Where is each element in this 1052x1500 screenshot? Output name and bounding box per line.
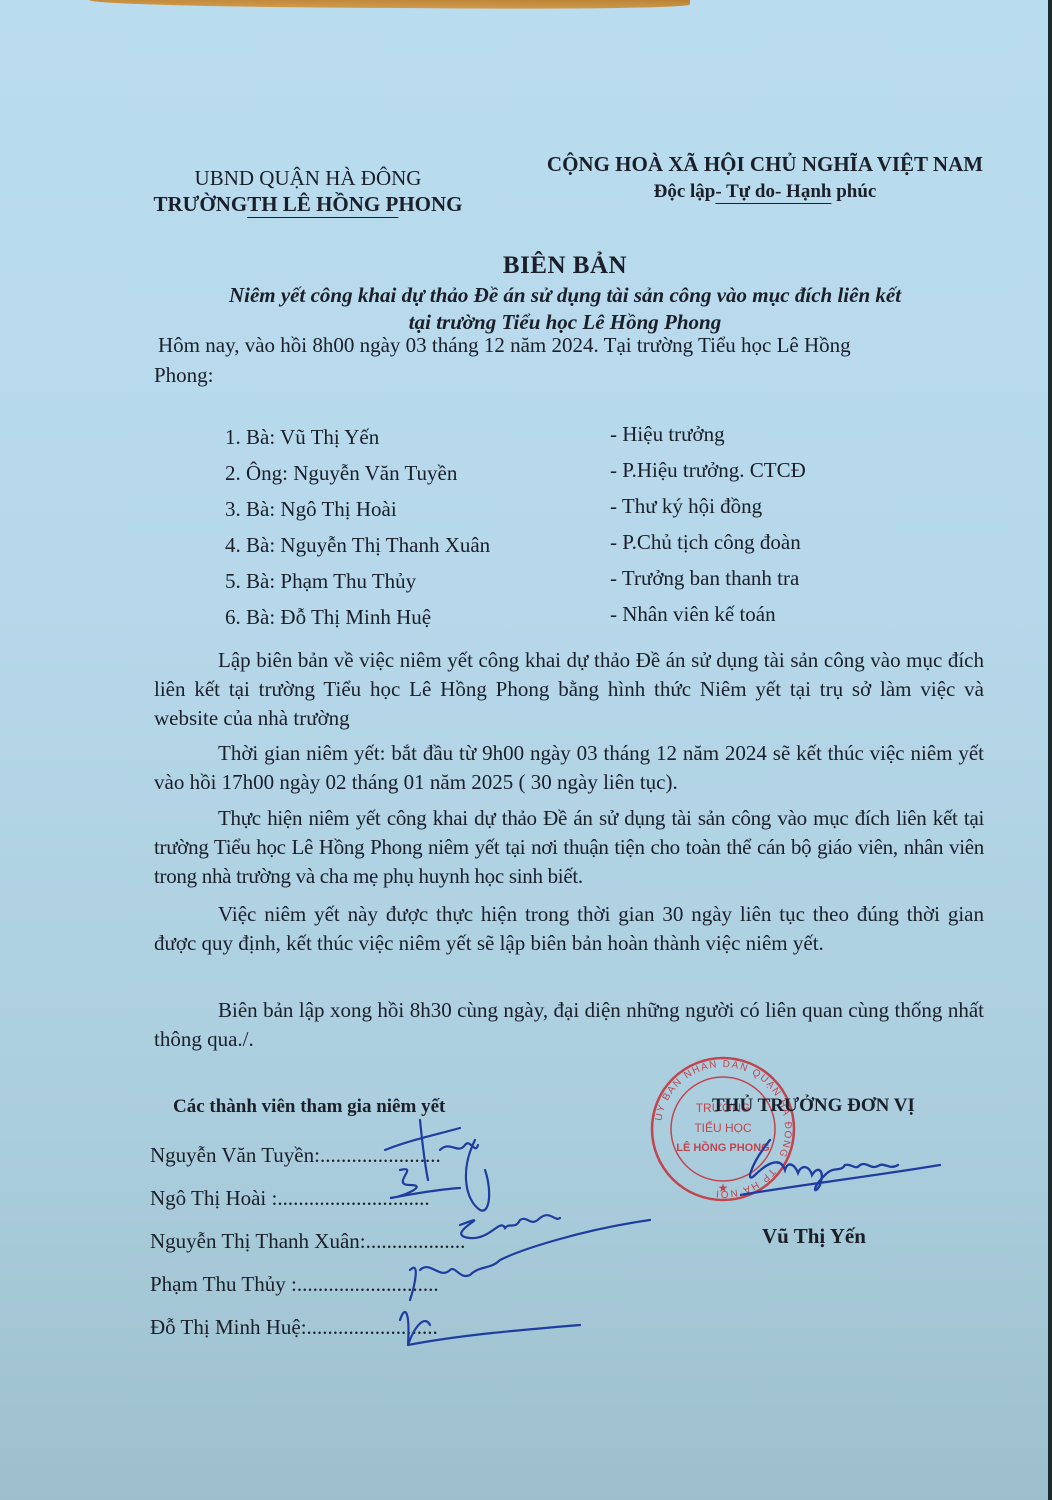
paragraph-4: Việc niêm yết này được thực hiện trong t…: [154, 900, 984, 958]
member-name: 6. Bà: Đỗ Thị Minh Huệ: [225, 605, 431, 630]
paragraph-text: Biên bản lập xong hồi 8h30 cùng ngày, đạ…: [154, 998, 984, 1051]
issuer-school-suffix: HONG: [398, 192, 462, 216]
motto-suffix: phúc: [831, 181, 876, 202]
paragraph-text: Lập biên bản về việc niêm yết công khai …: [154, 648, 984, 730]
national-header: CỘNG HOÀ XÃ HỘI CHỦ NGHĨA VIỆT NAM Độc l…: [520, 150, 1010, 206]
svg-text:TIỂU HỌC: TIỂU HỌC: [694, 1120, 752, 1135]
subtitle-line-2: tại trường Tiểu học Lê Hồng Phong: [140, 309, 990, 336]
intro-line-2: Phong:: [154, 363, 214, 388]
unit-head-name: Vũ Thị Yến: [762, 1224, 866, 1249]
member-role: - Thư ký hội đồng: [610, 494, 762, 519]
issuer-district: UBND QUẬN HÀ ĐÔNG: [138, 165, 478, 191]
paragraph-text: Thực hiện niêm yết công khai dự thảo Đề …: [154, 806, 984, 888]
issuer-school-prefix: TRƯỜNG: [153, 192, 247, 216]
member-name: 2. Ông: Nguyễn Văn Tuyền: [225, 461, 457, 486]
member-role: - Nhân viên kế toán: [610, 602, 776, 627]
signature-row: Đỗ Thị Minh Huệ:........................…: [150, 1315, 438, 1340]
member-role: - Trưởng ban thanh tra: [610, 566, 799, 591]
document-subtitle: Niêm yết công khai dự thảo Đề án sử dụng…: [140, 282, 990, 336]
frame-edge: [1048, 0, 1052, 1500]
member-name: 3. Bà: Ngô Thị Hoài: [225, 497, 397, 522]
signature-row: Nguyễn Văn Tuyền:.......................: [150, 1143, 441, 1168]
unit-head-title: THỦ TRƯỞNG ĐƠN VỊ: [712, 1095, 915, 1117]
paragraph-text: Việc niêm yết này được thực hiện trong t…: [154, 902, 984, 955]
svg-text:★: ★: [718, 1181, 729, 1195]
issuer-school-underlined: TH LÊ HỒNG P: [247, 192, 398, 216]
subtitle-line-1: Niêm yết công khai dự thảo Đề án sử dụng…: [140, 282, 990, 309]
member-role: - P.Hiệu trưởng. CTCĐ: [610, 458, 806, 483]
national-motto: Độc lập- Tự do- Hạnh phúc: [520, 178, 1010, 206]
signature-row: Phạm Thu Thủy :.........................…: [150, 1272, 439, 1297]
motto-prefix: Độc lập: [654, 181, 716, 202]
signature-row: Ngô Thị Hoài :..........................…: [150, 1186, 430, 1211]
document-title: BIÊN BẢN: [0, 252, 1052, 280]
member-name: 5. Bà: Phạm Thu Thủy: [225, 569, 416, 594]
intro-line-1: Hôm nay, vào hồi 8h00 ngày 03 tháng 12 n…: [158, 333, 851, 358]
paragraph-3: Thực hiện niêm yết công khai dự thảo Đề …: [154, 804, 984, 891]
paper-edge: [90, 0, 690, 10]
paragraph-5: Biên bản lập xong hồi 8h30 cùng ngày, đạ…: [154, 996, 984, 1054]
official-stamp: ỦY BAN NHÂN DÂN QUẬN HÀ ĐÔNG - TP HÀ NỘI…: [648, 1054, 798, 1204]
member-name: 1. Bà: Vũ Thị Yến: [225, 425, 379, 450]
motto-underlined: - Tự do- Hạnh: [715, 181, 831, 202]
paragraph-2: Thời gian niêm yết: bắt đầu từ 9h00 ngày…: [154, 739, 984, 797]
issuer-block: UBND QUẬN HÀ ĐÔNG TRƯỜNGTH LÊ HỒNG PHONG: [138, 165, 478, 217]
member-role: - Hiệu trưởng: [610, 422, 725, 447]
issuer-school: TRƯỜNGTH LÊ HỒNG PHONG: [138, 191, 478, 217]
paragraph-text: Thời gian niêm yết: bắt đầu từ 9h00 ngày…: [154, 741, 984, 794]
members-signature-heading: Các thành viên tham gia niêm yết: [173, 1096, 445, 1118]
member-role: - P.Chủ tịch công đoàn: [610, 530, 801, 555]
signature-row: Nguyễn Thị Thanh Xuân:..................…: [150, 1229, 465, 1254]
member-name: 4. Bà: Nguyễn Thị Thanh Xuân: [225, 533, 490, 558]
svg-text:LÊ HỒNG PHONG: LÊ HỒNG PHONG: [676, 1141, 770, 1154]
national-title: CỘNG HOÀ XÃ HỘI CHỦ NGHĨA VIỆT NAM: [520, 150, 1010, 178]
paragraph-1: Lập biên bản về việc niêm yết công khai …: [154, 646, 984, 733]
